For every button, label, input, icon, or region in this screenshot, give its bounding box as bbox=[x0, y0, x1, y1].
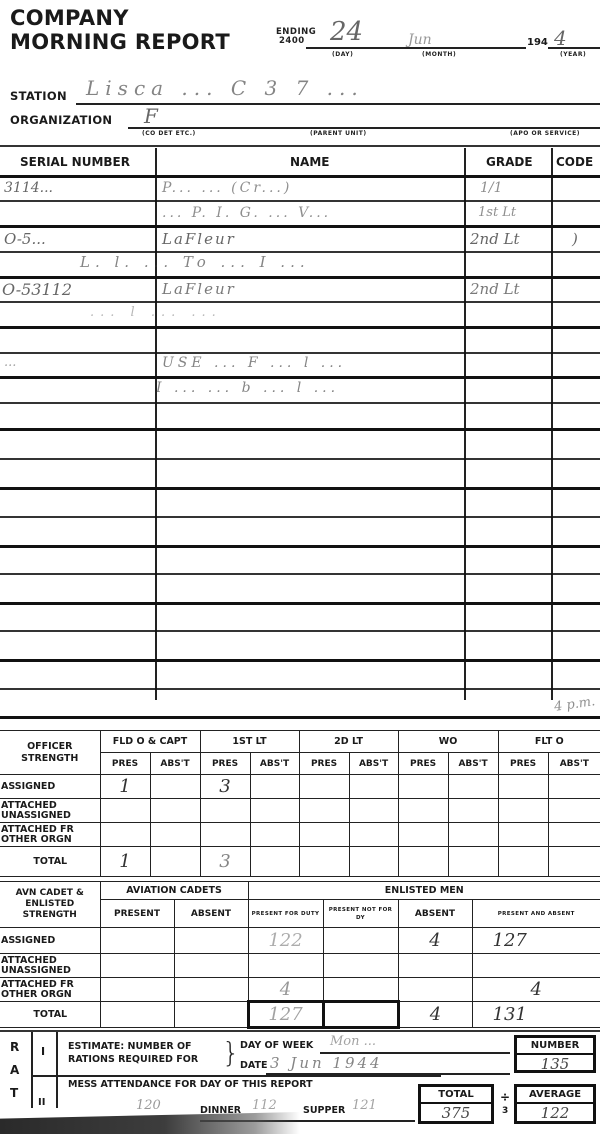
section-ii-label: II bbox=[38, 1097, 45, 1108]
cell[interactable]: 127 bbox=[472, 928, 600, 954]
day-caption: (DAY) bbox=[332, 51, 353, 58]
officer-strength-title: OFFICER STRENGTH bbox=[0, 731, 100, 775]
cell[interactable] bbox=[100, 823, 150, 847]
col-header-code: CODE bbox=[556, 155, 593, 169]
day-field[interactable]: 24 bbox=[330, 17, 363, 47]
number-field[interactable]: 135 bbox=[517, 1055, 593, 1073]
title-line-2: MORNING REPORT bbox=[10, 30, 230, 54]
officer-row-assigned: ASSIGNED 1 3 bbox=[0, 775, 600, 799]
row-label: ATTACHED UNASSIGNED bbox=[0, 799, 100, 823]
date-field[interactable]: 3 Jun 1944 bbox=[270, 1054, 383, 1072]
subcol-pres: PRES bbox=[498, 753, 548, 775]
officer-row-attached-unassigned: ATTACHED UNASSIGNED bbox=[0, 799, 600, 823]
serial-cell: 3114... bbox=[4, 180, 53, 196]
cell[interactable] bbox=[299, 847, 349, 877]
scan-shadow bbox=[0, 1112, 300, 1134]
subcol-abst: ABS'T bbox=[250, 753, 299, 775]
cell[interactable] bbox=[548, 799, 600, 823]
cell[interactable] bbox=[548, 823, 600, 847]
caption-co-det: (CO DET ETC.) bbox=[142, 130, 196, 137]
cell[interactable] bbox=[299, 775, 349, 799]
col-header-name: NAME bbox=[290, 155, 329, 169]
col-cadet-present: PRESENT bbox=[100, 900, 174, 928]
group-aviation-cadets: AVIATION CADETS bbox=[100, 882, 248, 900]
cell[interactable] bbox=[323, 954, 398, 978]
enlisted-row-attached-unassigned: ATTACHED UNASSIGNED bbox=[0, 954, 600, 978]
cell[interactable]: 1 bbox=[100, 775, 150, 799]
date-label: DATE bbox=[240, 1060, 267, 1071]
row-label: TOTAL bbox=[0, 847, 100, 877]
col-enlisted-absent: ABSENT bbox=[398, 900, 472, 928]
dinner-field[interactable]: 112 bbox=[252, 1098, 277, 1113]
cell[interactable]: 1 bbox=[100, 847, 150, 877]
cell[interactable] bbox=[250, 847, 299, 877]
grade-cell: 2nd Lt bbox=[470, 280, 520, 298]
cell[interactable] bbox=[349, 847, 398, 877]
cell[interactable] bbox=[100, 1002, 174, 1028]
side-letter: R bbox=[10, 1036, 19, 1059]
cell[interactable] bbox=[248, 954, 323, 978]
title-line-1: COMPANY bbox=[10, 6, 230, 30]
cell[interactable] bbox=[323, 1002, 398, 1028]
station-label: STATION bbox=[10, 89, 67, 103]
name-cell: ... P. I. G. ... V... bbox=[162, 205, 331, 221]
organization-field[interactable]: F bbox=[144, 104, 158, 128]
row-label: TOTAL bbox=[0, 1002, 100, 1028]
average-field[interactable]: 122 bbox=[517, 1104, 593, 1122]
subcol-pres: PRES bbox=[398, 753, 448, 775]
subcol-pres: PRES bbox=[200, 753, 250, 775]
officer-row-total: TOTAL 1 3 bbox=[0, 847, 600, 877]
grade-cell: 1st Lt bbox=[478, 205, 516, 220]
cell[interactable] bbox=[448, 799, 498, 823]
cell[interactable] bbox=[174, 1002, 248, 1028]
cell[interactable] bbox=[448, 847, 498, 877]
number-label: NUMBER bbox=[517, 1038, 593, 1055]
divide-by: 3 bbox=[502, 1106, 508, 1116]
name-cell: LaFleur bbox=[162, 230, 236, 248]
total-field[interactable]: 375 bbox=[421, 1104, 491, 1122]
cell[interactable] bbox=[498, 799, 548, 823]
cell[interactable] bbox=[250, 823, 299, 847]
cell[interactable] bbox=[100, 954, 174, 978]
cell[interactable] bbox=[200, 823, 250, 847]
cell[interactable] bbox=[349, 823, 398, 847]
cell[interactable]: 122 bbox=[248, 928, 323, 954]
group-enlisted-men: ENLISTED MEN bbox=[248, 882, 600, 900]
subcol-abst: ABS'T bbox=[349, 753, 398, 775]
code-cell: ) bbox=[572, 230, 578, 248]
caption-parent-unit: (PARENT UNIT) bbox=[310, 130, 367, 137]
form-title: COMPANY MORNING REPORT bbox=[10, 6, 230, 54]
group-2d-lt: 2D LT bbox=[299, 731, 398, 753]
cell[interactable]: 127 bbox=[248, 1002, 323, 1028]
group-1st-lt: 1ST LT bbox=[200, 731, 299, 753]
cell[interactable]: 4 bbox=[398, 928, 472, 954]
number-box: NUMBER 135 bbox=[514, 1035, 596, 1073]
cell[interactable] bbox=[100, 799, 150, 823]
cell[interactable]: 3 bbox=[200, 775, 250, 799]
cell[interactable] bbox=[548, 847, 600, 877]
cell[interactable] bbox=[323, 978, 398, 1002]
group-fld-o-capt: FLD O & CAPT bbox=[100, 731, 200, 753]
subcol-abst: ABS'T bbox=[150, 753, 200, 775]
cell[interactable]: 4 bbox=[398, 1002, 472, 1028]
supper-label: SUPPER bbox=[303, 1105, 345, 1116]
average-label: AVERAGE bbox=[517, 1087, 593, 1104]
group-wo: WO bbox=[398, 731, 498, 753]
cell[interactable] bbox=[200, 799, 250, 823]
grade-cell: 2nd Lt bbox=[470, 230, 520, 248]
year-caption: (YEAR) bbox=[560, 51, 586, 58]
col-present-not-for-duty: PRESENT NOT FOR DY bbox=[323, 900, 398, 928]
cell[interactable]: 4 bbox=[472, 978, 600, 1002]
row-label: ASSIGNED bbox=[0, 928, 100, 954]
cell[interactable] bbox=[150, 823, 200, 847]
subcol-abst: ABS'T bbox=[548, 753, 600, 775]
total-label: TOTAL bbox=[421, 1087, 491, 1104]
cell[interactable] bbox=[448, 823, 498, 847]
cell[interactable] bbox=[349, 775, 398, 799]
cell[interactable] bbox=[398, 954, 472, 978]
side-letter: A bbox=[10, 1059, 19, 1082]
enlisted-strength-table: AVN CADET & ENLISTED STRENGTH AVIATION C… bbox=[0, 881, 600, 1029]
group-flt-o: FLT O bbox=[498, 731, 600, 753]
cell[interactable] bbox=[548, 775, 600, 799]
cell[interactable]: 131 bbox=[472, 1002, 600, 1028]
brace-icon: } bbox=[222, 1036, 240, 1069]
average-box: AVERAGE 122 bbox=[514, 1084, 596, 1124]
name-cell: LaFleur bbox=[162, 280, 236, 298]
margin-note: 4 p.m. bbox=[553, 694, 596, 715]
mess-attendance-label: MESS ATTENDANCE FOR DAY OF THIS REPORT bbox=[68, 1079, 313, 1090]
cell[interactable] bbox=[100, 978, 174, 1002]
cell[interactable] bbox=[174, 954, 248, 978]
enlisted-row-total: TOTAL 127 4 131 bbox=[0, 1002, 600, 1028]
total-box: TOTAL 375 bbox=[418, 1084, 494, 1124]
cell[interactable] bbox=[250, 775, 299, 799]
cell[interactable] bbox=[448, 775, 498, 799]
name-cell: USE ... F ... l ... bbox=[162, 355, 346, 371]
col-present-and-absent: PRESENT AND ABSENT bbox=[472, 900, 600, 928]
year-prefix: 194 bbox=[527, 37, 548, 48]
col-header-serial: SERIAL NUMBER bbox=[20, 155, 130, 169]
grade-cell: 1/1 bbox=[480, 180, 503, 196]
subcol-abst: ABS'T bbox=[448, 753, 498, 775]
enlisted-row-attached-other: ATTACHED FR OTHER ORGN 4 4 bbox=[0, 978, 600, 1002]
name-cell: L. l. ... To ... I ... bbox=[80, 253, 310, 271]
month-field[interactable]: Jun bbox=[408, 32, 432, 48]
station-field[interactable]: Lisca ... C 3 7 ... bbox=[86, 76, 364, 100]
cell[interactable]: 3 bbox=[200, 847, 250, 877]
row-label: ATTACHED UNASSIGNED bbox=[0, 954, 100, 978]
col-present-for-duty: PRESENT FOR DUTY bbox=[248, 900, 323, 928]
ending-label-2: 2400 bbox=[276, 37, 316, 46]
serial-cell: ... bbox=[4, 355, 16, 370]
name-cell: ... l ... ... bbox=[90, 305, 222, 320]
cell[interactable] bbox=[398, 799, 448, 823]
cell[interactable] bbox=[398, 847, 448, 877]
organization-label: ORGANIZATION bbox=[10, 113, 112, 127]
officer-strength-table: OFFICER STRENGTH FLD O & CAPT 1ST LT 2D … bbox=[0, 730, 600, 877]
estimate-label: ESTIMATE: NUMBER OF RATIONS REQUIRED FOR bbox=[68, 1040, 198, 1066]
cell[interactable] bbox=[174, 978, 248, 1002]
name-cell: P... ... (Cr...) bbox=[162, 180, 292, 196]
breakfast-field[interactable]: 120 bbox=[136, 1098, 161, 1113]
cell[interactable] bbox=[398, 775, 448, 799]
cell[interactable] bbox=[150, 775, 200, 799]
row-label: ATTACHED FR OTHER ORGN bbox=[0, 823, 100, 847]
section-i-label: I bbox=[41, 1045, 45, 1058]
enlisted-strength-title: AVN CADET & ENLISTED STRENGTH bbox=[0, 882, 100, 928]
cell[interactable] bbox=[323, 928, 398, 954]
month-caption: (MONTH) bbox=[422, 51, 456, 58]
col-header-grade: GRADE bbox=[486, 155, 533, 169]
col-cadet-absent: ABSENT bbox=[174, 900, 248, 928]
cell[interactable]: 4 bbox=[248, 978, 323, 1002]
ending-label: ENDING 2400 bbox=[276, 28, 316, 46]
enlisted-row-assigned: ASSIGNED 122 4 127 bbox=[0, 928, 600, 954]
rations-side-label: R A T bbox=[10, 1036, 19, 1105]
cell[interactable] bbox=[299, 823, 349, 847]
row-label: ASSIGNED bbox=[0, 775, 100, 799]
cell[interactable] bbox=[174, 928, 248, 954]
subcol-pres: PRES bbox=[100, 753, 150, 775]
divide-icon: ÷ bbox=[500, 1090, 510, 1104]
cell[interactable] bbox=[250, 799, 299, 823]
cell[interactable] bbox=[472, 954, 600, 978]
supper-field[interactable]: 121 bbox=[352, 1098, 377, 1113]
cell[interactable] bbox=[100, 928, 174, 954]
cell[interactable] bbox=[299, 799, 349, 823]
cell[interactable] bbox=[398, 978, 472, 1002]
subcol-pres: PRES bbox=[299, 753, 349, 775]
serial-cell: O-53112 bbox=[2, 280, 72, 299]
serial-cell: O-5... bbox=[4, 230, 46, 248]
estimate-line-1: ESTIMATE: NUMBER OF bbox=[68, 1040, 198, 1053]
cell[interactable] bbox=[150, 799, 200, 823]
cell[interactable] bbox=[349, 799, 398, 823]
caption-apo-service: (APO OR SERVICE) bbox=[510, 130, 580, 137]
cell[interactable] bbox=[498, 775, 548, 799]
cell[interactable] bbox=[498, 847, 548, 877]
day-of-week-field[interactable]: Mon ... bbox=[330, 1034, 376, 1049]
cell[interactable] bbox=[398, 823, 448, 847]
name-cell: I ... ... b ... l ... bbox=[156, 380, 339, 396]
cell[interactable] bbox=[498, 823, 548, 847]
day-of-week-label: DAY OF WEEK bbox=[240, 1040, 313, 1051]
estimate-line-2: RATIONS REQUIRED FOR bbox=[68, 1053, 198, 1066]
officer-row-attached-other: ATTACHED FR OTHER ORGN bbox=[0, 823, 600, 847]
side-letter: T bbox=[10, 1082, 19, 1105]
row-label: ATTACHED FR OTHER ORGN bbox=[0, 978, 100, 1002]
cell[interactable] bbox=[150, 847, 200, 877]
